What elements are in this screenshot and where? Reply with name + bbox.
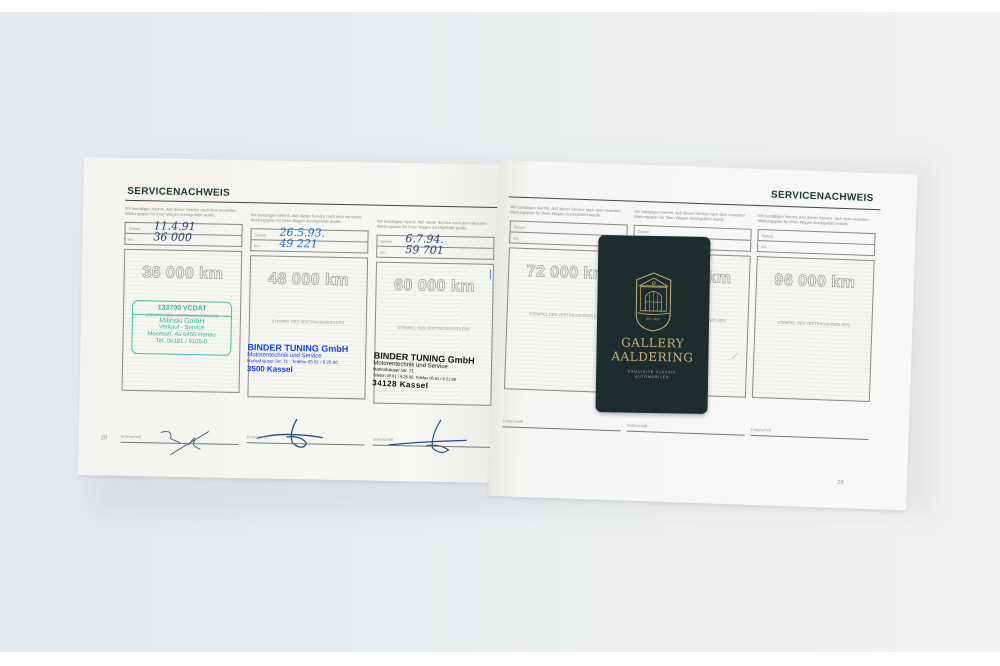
page-heading: SERVICENACHWEIS — [771, 189, 874, 204]
stamp-box: 96 000 km STEMPEL DES VERTRAGSHÄNDLERS — [752, 256, 875, 402]
handwritten-km: 59 701 — [405, 243, 444, 257]
signature-line — [751, 435, 869, 440]
page-heading: SERVICENACHWEIS — [127, 186, 230, 199]
handwritten-km: 49 221 — [279, 237, 318, 251]
dealer-stamp-binder-tuning: BINDER TUNING GmbH Motorentechnik und Se… — [247, 342, 378, 376]
signature — [382, 415, 473, 461]
km-field: km 59 701 — [376, 247, 494, 260]
service-column-60000: Wir bestätigen hiermit, daß dieser Servi… — [373, 219, 495, 406]
service-column-36000: Wir bestätigen hiermit, daß dieser Servi… — [122, 206, 244, 393]
stamp-box: 60 000 km STEMPEL DES VERTRAGSHÄNDLERS B… — [373, 262, 494, 406]
interval-label: 48 000 km — [251, 270, 367, 290]
page-number: 28 — [101, 435, 108, 441]
handwritten-km: 36 000 — [153, 230, 192, 244]
dealer-stamp-milinski: 133700 VCDAT Milinski GmbH Verkauf - Ser… — [131, 300, 232, 356]
card-company-name: GALLERY AALDERING — [596, 335, 708, 365]
building-crest-icon: EST. 1975 — [633, 272, 674, 333]
svg-text:EST. 1975: EST. 1975 — [646, 317, 660, 321]
service-column-96000: Wir bestätigen hiermit, daß dieser Servi… — [752, 213, 876, 402]
interval-label: 96 000 km — [757, 271, 874, 293]
signature-line — [627, 431, 745, 436]
interval-label: 60 000 km — [376, 277, 492, 297]
interval-label: 36 000 km — [125, 264, 241, 284]
dealer-stamp-binder-tuning: BINDER TUNING GmbH Motorentechnik und Se… — [372, 350, 504, 395]
ink-smudge: ▏ — [490, 270, 496, 279]
stamp-box: 48 000 km STEMPEL DES VERTRAGSHÄNDLERS B… — [247, 255, 368, 399]
photo-background: SERVICENACHWEIS Wir bestätigen hiermit, … — [0, 12, 1000, 652]
gallery-aaldering-business-card: EST. 1975 GALLERY AALDERING EXQUISITE CL… — [595, 235, 710, 414]
page-number: 29 — [837, 480, 844, 486]
left-page: SERVICENACHWEIS Wir bestätigen hiermit, … — [78, 157, 506, 483]
signature-line — [503, 426, 621, 431]
km-field: km 36 000 — [124, 234, 242, 247]
card-tagline: EXQUISITE CLASSIC AUTOMOBILES — [596, 369, 708, 381]
km-field: km 49 221 — [250, 240, 368, 253]
ink-smudge: ⟋ — [732, 352, 738, 362]
stamp-box: 36 000 km STEMPEL DES VERTRAGSHÄNDLERS 1… — [122, 249, 243, 393]
service-column-48000: Wir bestätigen hiermit, daß dieser Servi… — [247, 212, 369, 399]
signature — [252, 412, 333, 454]
